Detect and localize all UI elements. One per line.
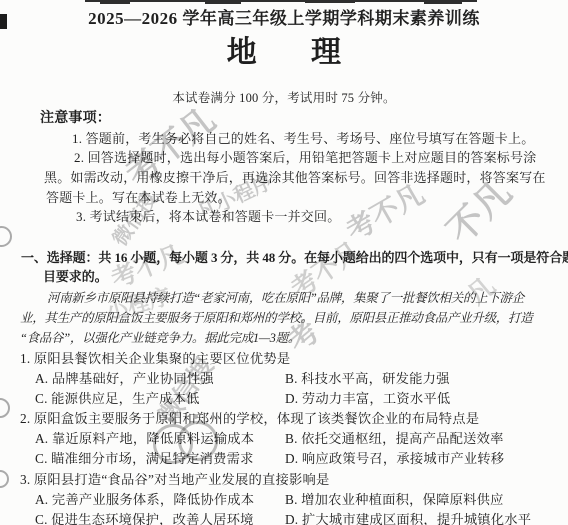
- question-3-option-a: A. 完善产业服务体系，降低协作成本: [35, 492, 254, 508]
- cropped-text-mark: [205, 0, 241, 4]
- cropped-text-mark: [85, 0, 477, 2]
- question-2-option-d: D. 响应政策号召，承接城市产业转移: [285, 451, 504, 467]
- passage-line-1: 河南新乡市原阳县持续打造“老家河南，吃在原阳”品牌，集聚了一批餐饮相关的上下游企: [47, 291, 524, 306]
- question-3-stem: 3. 原阳县打造“食品谷”对当地产业发展的直接影响是: [20, 472, 330, 488]
- subject-title: 地 理: [0, 35, 568, 71]
- passage-line-3: “食品谷”，以强化产业链竞争力。据此完成1—3题。: [20, 331, 300, 346]
- cropped-text-mark: [424, 0, 462, 4]
- notice-item-2-line-3: 答题卡上。写在本试卷上无效。: [46, 190, 231, 206]
- question-3-option-b: B. 增加农业种植面积，保障原料供应: [285, 492, 504, 508]
- notice-heading: 注意事项：: [40, 111, 111, 128]
- notice-item-2-line-1: 2. 回答选择题时，选出每小题答案后，用铅笔把答题卡上对应题目的答案标号涂: [74, 150, 536, 166]
- paper-title: 2025—2026 学年高三年级上学期学科期末素养训练: [0, 9, 568, 29]
- question-2-stem: 2. 原阳盒饭主要服务于原阳和郑州的学校，体现了该类餐饮企业的布局特点是: [20, 411, 479, 427]
- question-1-stem: 1. 原阳县餐饮相关企业集聚的主要区位优势是: [20, 351, 290, 367]
- exam-info: 本试卷满分 100 分，考试用时 75 分钟。: [0, 91, 568, 106]
- question-2-option-c: C. 瞄准细分市场，满足特定消费需求: [35, 451, 254, 467]
- question-2-option-a: A. 靠近原料产地，降低原料运输成本: [35, 431, 254, 447]
- notice-item-3: 3. 考试结束后，将本试卷和答题卡一并交回。: [76, 209, 340, 225]
- question-2-option-b: B. 依托交通枢纽，提高产品配送效率: [285, 431, 504, 447]
- cropped-text-mark: [305, 0, 355, 3]
- page-edge-mark: [0, 398, 10, 418]
- section-1-header-line-2: 目要求的。: [43, 269, 108, 285]
- page-edge-mark: [0, 470, 9, 488]
- watermark-logo-dot: [168, 417, 173, 422]
- section-1-header-line-1: 一、选择题：共 16 小题，每小题 3 分，共 48 分。在每小题给出的四个选项…: [21, 250, 568, 266]
- question-3-option-d: D. 扩大城市建成区面积，提升城镇化水平: [285, 512, 531, 525]
- exam-paper-page: 2025—2026 学年高三年级上学期学科期末素养训练 地 理 本试卷满分 10…: [0, 0, 568, 525]
- notice-item-2-line-2: 黑。如需改动，用橡皮擦干净后，再选涂其他答案标号。回答非选择题时，将答案写在: [44, 170, 546, 186]
- watermark-logo-dot: [193, 414, 198, 419]
- question-1-option-c: C. 能源供应足，生产成本低: [35, 391, 200, 407]
- cropped-text-mark: [100, 0, 130, 4]
- page-edge-mark: [0, 226, 12, 247]
- subject-char-1: 地: [227, 35, 257, 71]
- question-1-option-a: A. 品牌基础好，产业协同性强: [35, 371, 214, 387]
- question-1-option-d: D. 劳动力丰富，工资水平低: [285, 391, 450, 407]
- cropped-text-mark: [0, 14, 7, 29]
- passage-line-2: 业，其生产的原阳盒饭主要服务于原阳和郑州的学校。目前，原阳县正推动食品产业升级，…: [20, 311, 532, 326]
- question-1-option-b: B. 科技水平高，研发能力强: [285, 371, 450, 387]
- watermark-logo-circle: [178, 421, 218, 461]
- question-3-option-c: C. 促进生态环境保护，改善人居环境: [35, 512, 254, 525]
- notice-item-1: 1. 答题前，考生务必将自己的姓名、考生号、考场号、座位号填写在答题卡上。: [72, 131, 534, 147]
- subject-char-2: 理: [311, 35, 341, 71]
